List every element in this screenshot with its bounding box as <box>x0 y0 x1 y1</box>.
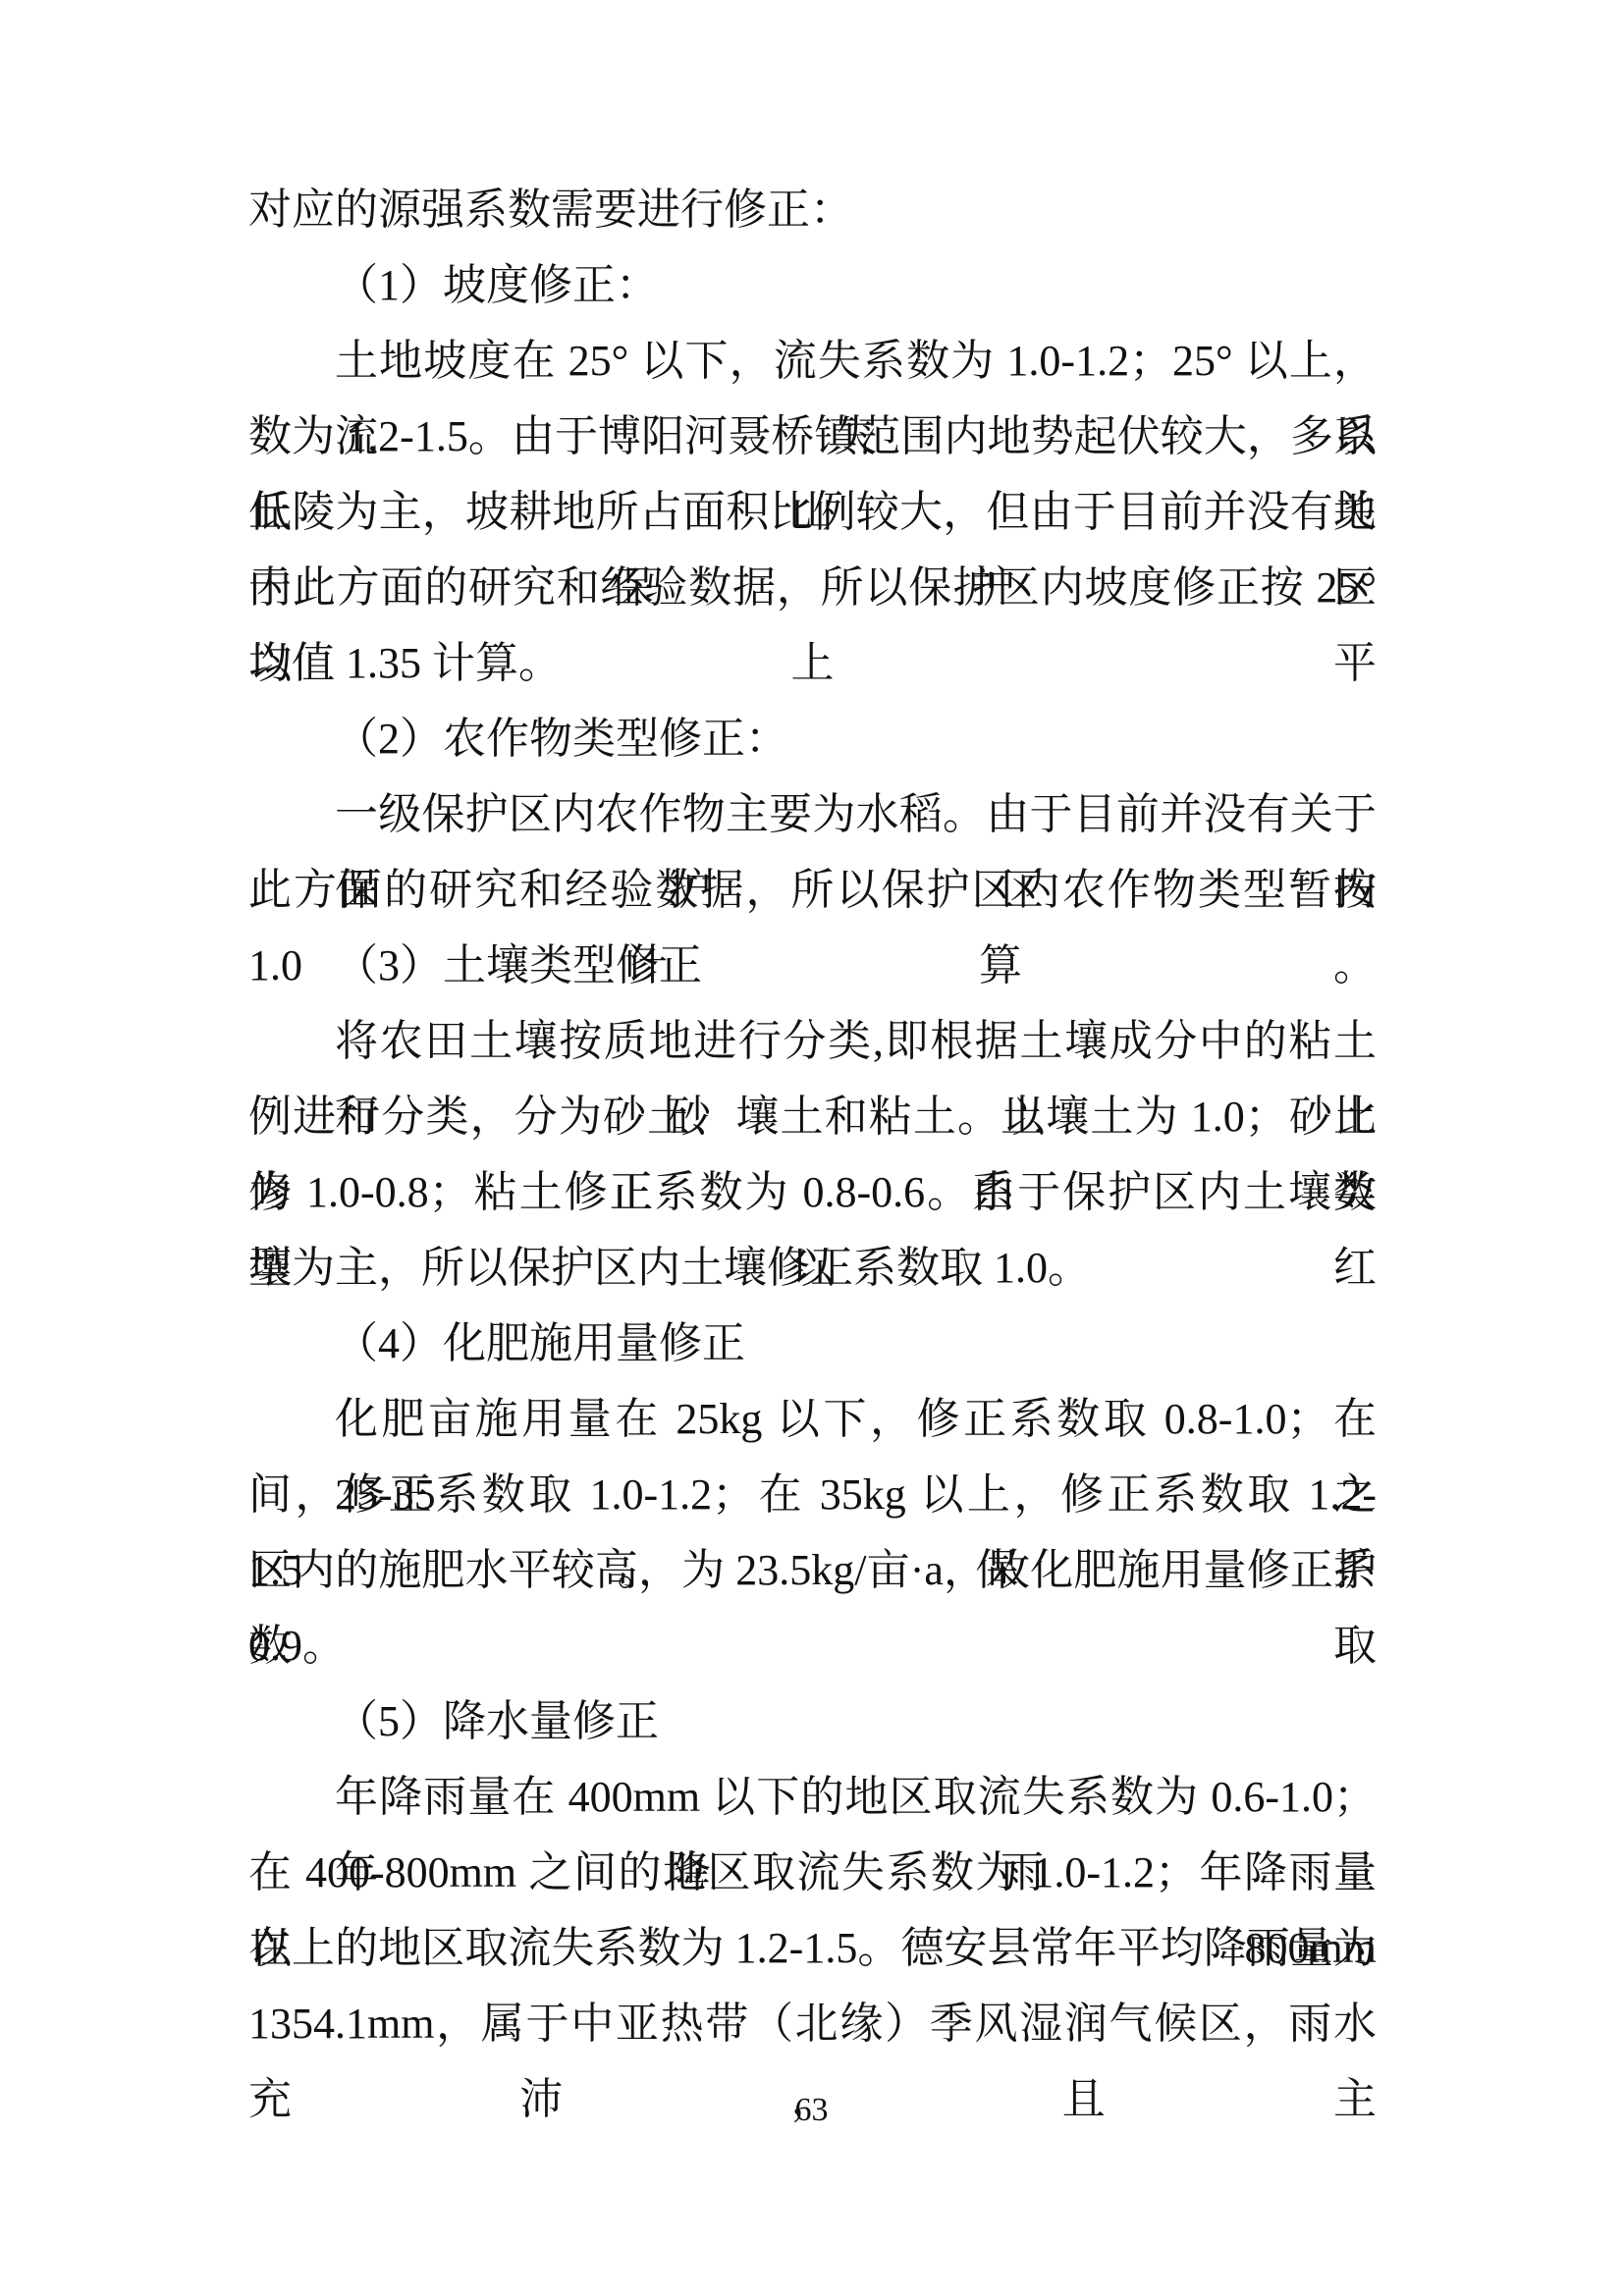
section-4-heading: （4）化肥施用量修正 <box>248 1306 1377 1381</box>
document-body: 对应的源强系数需要进行修正： （1）坡度修正： 土地坡度在 25° 以下，流失系… <box>248 172 1377 2061</box>
body-line: 一级保护区内农作物主要为水稻。由于目前并没有关于保护区内 <box>248 776 1377 852</box>
body-line: 年降雨量在 400mm 以下的地区取流失系数为 0.6-1.0；年降雨量 <box>248 1759 1377 1835</box>
body-line: 此方面的研究和经验数据，所以保护区内农作物类型暂按 1.0 计算。 <box>248 852 1377 928</box>
document-page: 对应的源强系数需要进行修正： （1）坡度修正： 土地坡度在 25° 以下，流失系… <box>0 0 1623 2296</box>
body-line: 区内的施肥水平较高，为 23.5kg/亩·a，故化肥施用量修正系数取 <box>248 1532 1377 1608</box>
body-line: 例进行分类，分为砂土、壤土和粘土。以壤土为 1.0；砂土修正系数 <box>248 1079 1377 1154</box>
body-line: 丘陵为主，坡耕地所占面积比例较大，但由于目前并没有关于保护区 <box>248 474 1377 550</box>
body-line: 土地坡度在 25° 以下，流失系数为 1.0-1.2；25° 以上，流失系 <box>248 323 1377 399</box>
page-number: 63 <box>0 2086 1623 2135</box>
section-1-heading: （1）坡度修正： <box>248 247 1377 323</box>
body-line: 为 1.0-0.8；粘土修正系数为 0.8-0.6。由于保护区内土壤类型以红 <box>248 1154 1377 1230</box>
intro-line: 对应的源强系数需要进行修正： <box>248 172 1377 247</box>
section-5-heading: （5）降水量修正 <box>248 1683 1377 1759</box>
body-line: 1354.1mm，属于中亚热带（北缘）季风湿润气候区，雨水充沛，且主 <box>248 1986 1377 2061</box>
body-line: 数为 1.2-1.5。由于博阳河聂桥镇范围内地势起伏较大，多以低山地 <box>248 399 1377 474</box>
body-line: 内此方面的研究和经验数据，所以保护区内坡度修正按 25° 以上平 <box>248 550 1377 625</box>
body-line: 在 400-800mm 之间的地区取流失系数为 1.0-1.2；年降雨量在 80… <box>248 1835 1377 1910</box>
body-line: 化肥亩施用量在 25kg 以下，修正系数取 0.8-1.0；在 25-35 之 <box>248 1381 1377 1457</box>
body-line: 以上的地区取流失系数为 1.2-1.5。德安县常年平均降雨量为 <box>248 1910 1377 1986</box>
body-line: 将农田土壤按质地进行分类,即根据土壤成分中的粘土和砂土比 <box>248 1003 1377 1079</box>
body-line: 间，修正系数取 1.0-1.2；在 35kg 以上，修正系数取 1.2-1.5。… <box>248 1457 1377 1532</box>
section-2-heading: （2）农作物类型修正： <box>248 701 1377 776</box>
